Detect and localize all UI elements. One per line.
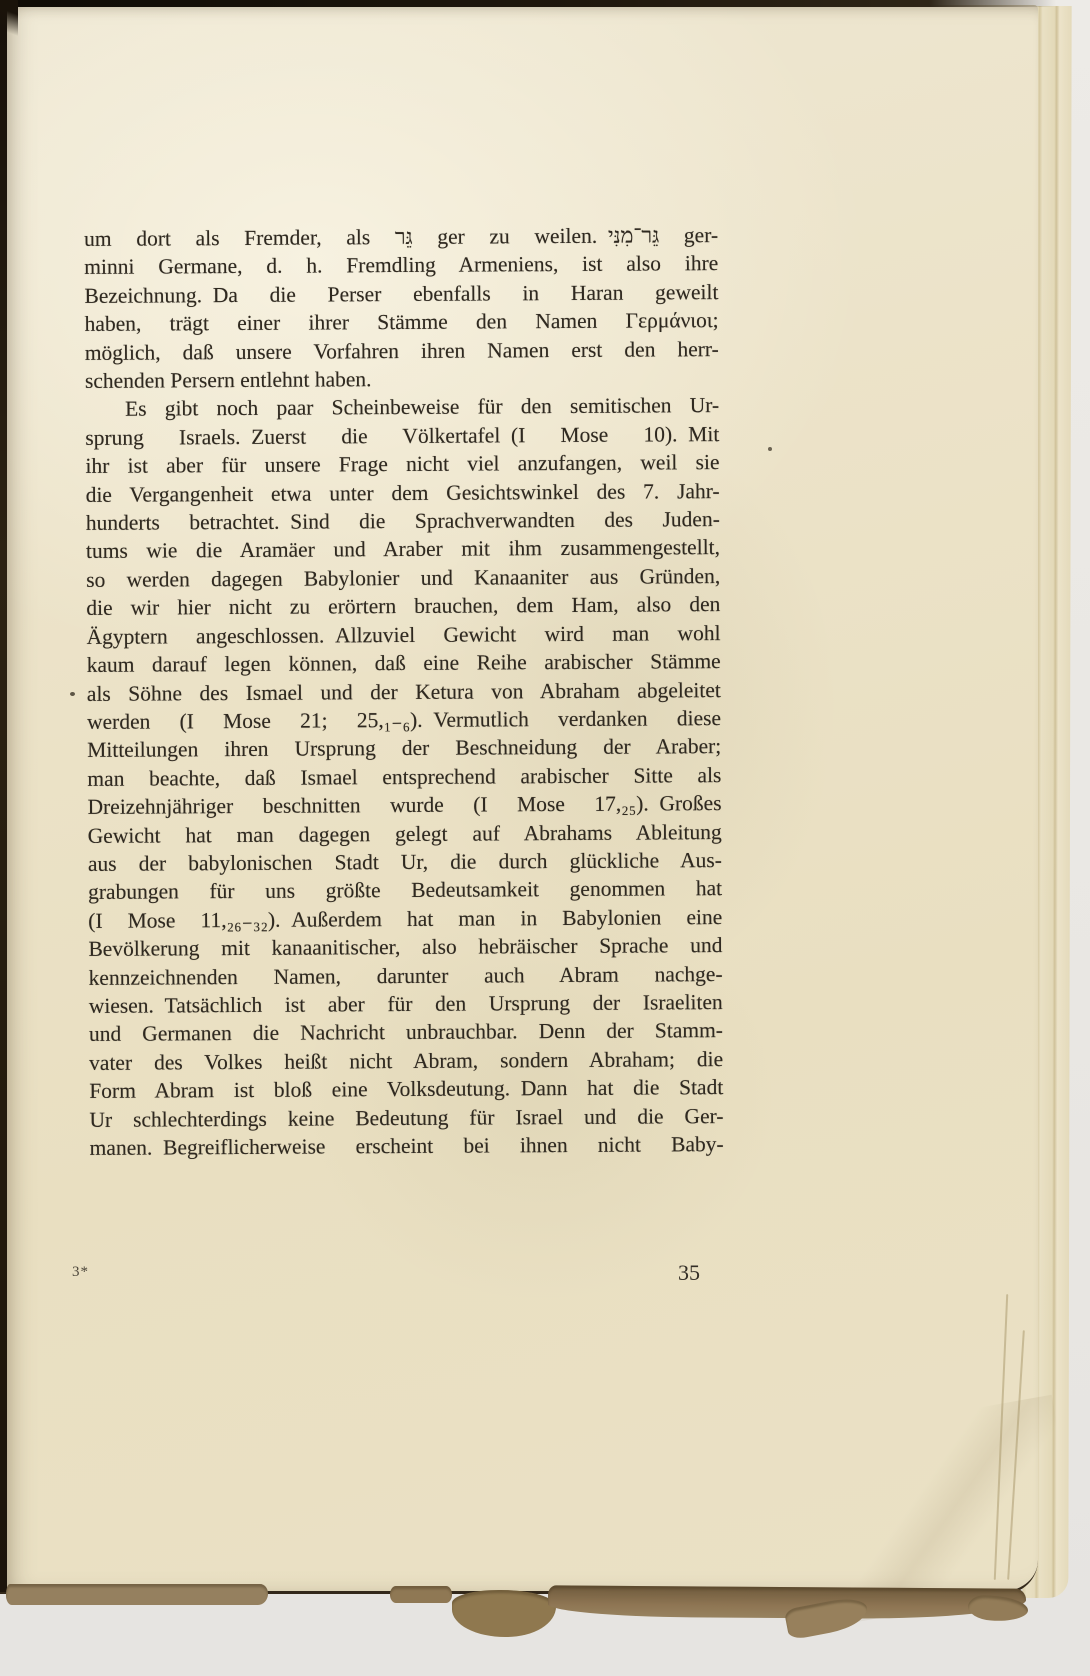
text-line: kennzeichnenden Namen, darunter auch Abr… (89, 960, 723, 992)
text-line: grabungen für uns größte Bedeutsamkeit g… (88, 874, 722, 906)
text-line: aus der babylonischen Stadt Ur, die durc… (88, 846, 722, 878)
signature-mark: 3* (72, 1264, 89, 1281)
dust-speck (70, 692, 75, 696)
book-spine-edge (0, 0, 7, 1592)
text-line: so werden dagegen Babylonier und Kanaani… (86, 562, 720, 594)
text-line: werden (I Mose 21; 25,₁₋₆). Vermutlich v… (87, 704, 721, 736)
dust-speck (768, 447, 772, 451)
text-line: vater des Volkes heißt nicht Abram, sond… (89, 1045, 723, 1077)
text-line: Ur schlechterdings keine Bedeutung für I… (89, 1102, 723, 1134)
page-number: 35 (654, 1260, 700, 1286)
torn-paper-fragment (390, 1586, 452, 1603)
text-line: minni Germane, d. h. Fremdling Armeniens… (84, 249, 718, 281)
text-line: als Söhne des Ismael und der Ketura von … (87, 676, 721, 708)
scanner-bed: um dort als Fremder, als גֵּר ger zu wei… (0, 0, 1090, 1676)
text-line: Bezeichnung. Da die Perser ebenfalls in … (84, 278, 718, 310)
text-line: um dort als Fremder, als גֵּר ger zu wei… (84, 221, 718, 253)
page-text: um dort als Fremder, als גֵּר ger zu wei… (84, 221, 724, 1162)
text-line: Bevölkerung mit kanaanitischer, also heb… (88, 931, 722, 963)
text-line: Es gibt noch paar Scheinbeweise für den … (85, 391, 719, 423)
text-line: (I Mose 11,₂₆₋₃₂). Außerdem hat man in B… (88, 903, 722, 935)
text-line: hunderts betrachtet. Sind die Sprachverw… (86, 505, 720, 537)
text-line: Dreizehnjähriger beschnitten wurde (I Mo… (87, 789, 721, 821)
text-line: Mitteilungen ihren Ursprung der Beschnei… (87, 732, 721, 764)
text-line: ihr ist aber für unsere Frage nicht viel… (85, 448, 719, 480)
corner-shadow (0, 0, 18, 52)
text-line: man beachte, daß Ismael entsprechend ara… (87, 761, 721, 793)
text-line: möglich, daß unsere Vorfahren ihren Name… (85, 335, 719, 367)
text-line: Ägyptern angeschlossen. Allzuviel Gewich… (86, 619, 720, 651)
text-line: wiesen. Tatsächlich ist aber für den Urs… (89, 988, 723, 1020)
text-line: die Vergangenheit etwa unter dem Gesicht… (86, 477, 720, 509)
text-line: und Germanen die Nachricht unbrauchbar. … (89, 1016, 723, 1048)
scan-top-edge (0, 0, 1056, 7)
text-line: die wir hier nicht zu erörtern brauchen,… (86, 590, 720, 622)
text-line: sprung Israels. Zuerst die Völkertafel (… (85, 420, 719, 452)
text-line: Form Abram ist bloß eine Volksdeutung. D… (89, 1073, 723, 1105)
torn-paper-fragment (452, 1590, 556, 1637)
text-line: kaum darauf legen können, daß eine Reihe… (87, 647, 721, 679)
text-line: schenden Persern entlehnt haben. (85, 363, 719, 395)
text-line: manen. Begreiflicherweise erscheint bei … (90, 1130, 724, 1162)
torn-paper-fragment (6, 1584, 268, 1605)
text-line: Gewicht hat man dagegen gelegt auf Abrah… (88, 818, 722, 850)
text-line: haben, trägt einer ihrer Stämme den Name… (85, 306, 719, 338)
text-line: tums wie die Aramäer und Araber mit ihm … (86, 534, 720, 566)
